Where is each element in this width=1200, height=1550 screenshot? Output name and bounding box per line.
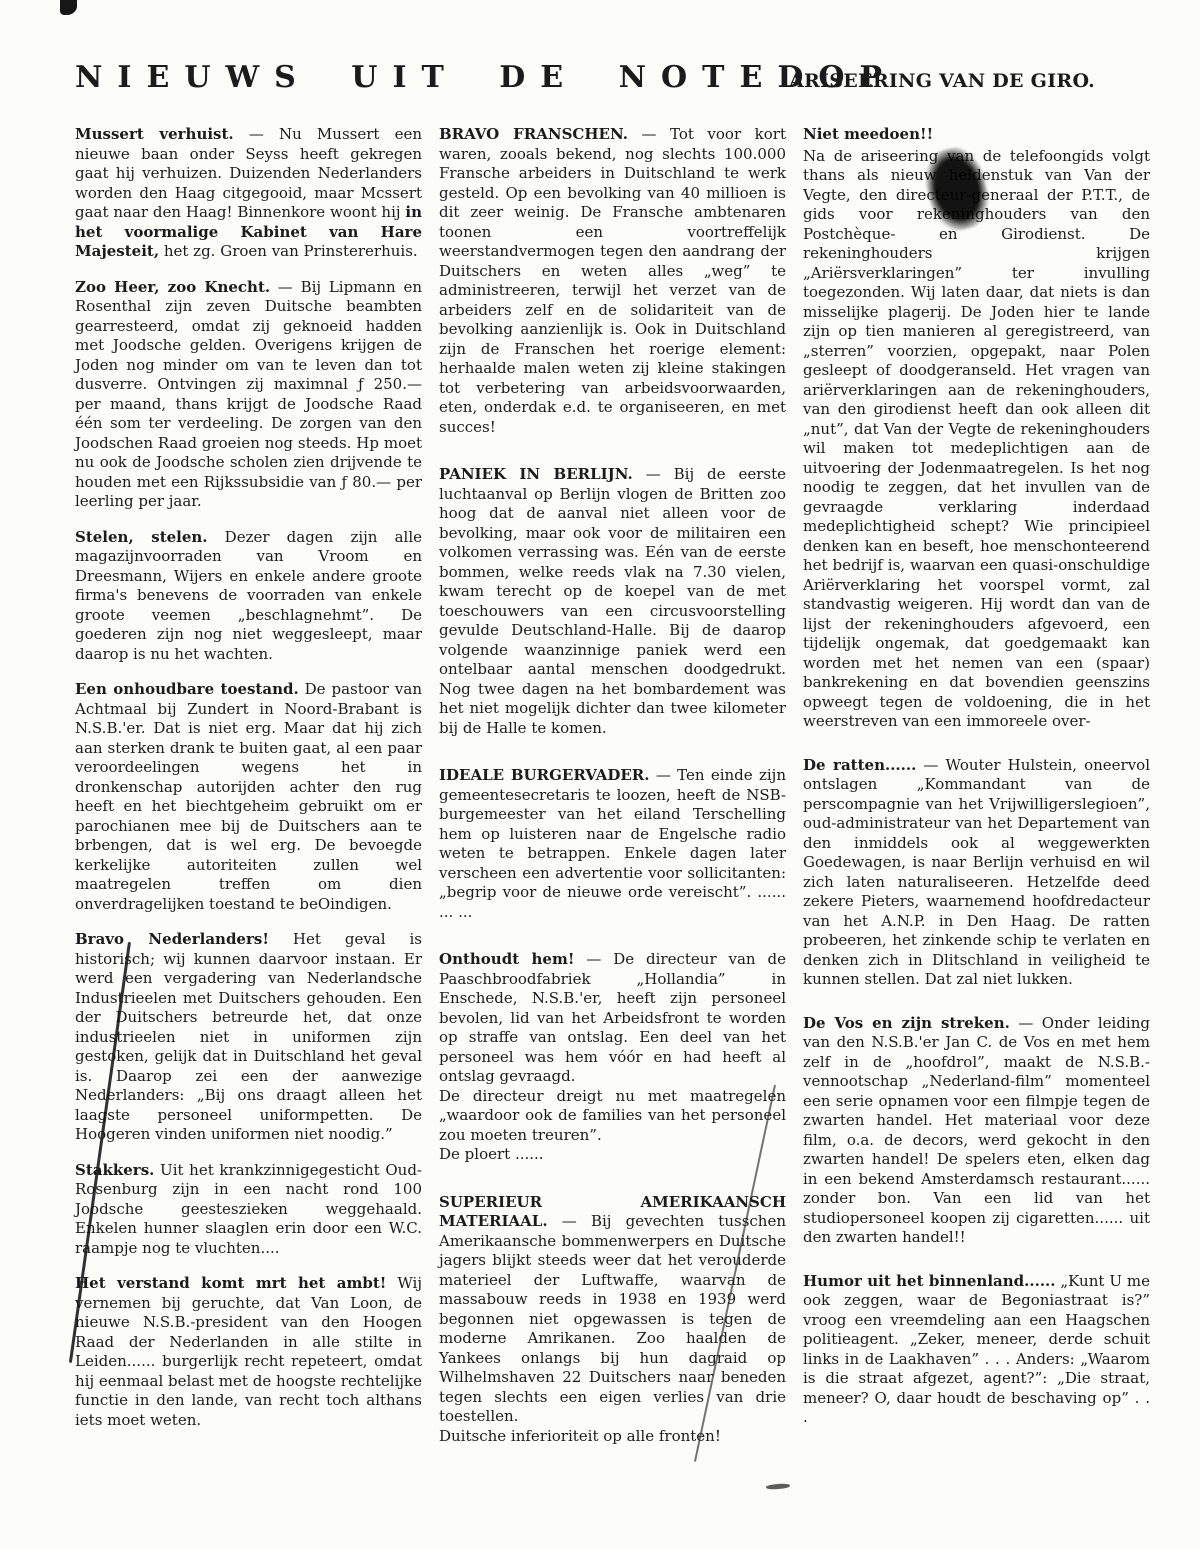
article-superieur-closing: Duitsche inferioriteit op alle fronten! bbox=[439, 1427, 786, 1447]
giro-subhead: Niet meedoen!! bbox=[803, 125, 1150, 145]
column-layout: Mussert verhuist. — Nu Mussert een nieuw… bbox=[75, 125, 1142, 1452]
article-lead: Een onhoudbare toestand. bbox=[75, 680, 299, 698]
article-onthoudt-hem-cont: De directeur dreigt nu met maatregelen „… bbox=[439, 1087, 786, 1146]
article-ideale-burgervader: IDEALE BURGERVADER. — Ten einde zijn gem… bbox=[439, 766, 786, 922]
masthead-row: NIEUWS UIT DE NOTEDOP ARISEERING VAN DE … bbox=[75, 60, 1142, 95]
article-body: — De directeur van de Paaschbroodfabriek… bbox=[439, 950, 786, 1085]
article-superieur-materiaal: SUPERIEUR AMERIKAANSCH MATERIAAL. — Bij … bbox=[439, 1193, 786, 1427]
article-body: — Wouter Hulstein, oneervol ontslagen „K… bbox=[803, 756, 1150, 989]
newspaper-page: NIEUWS UIT DE NOTEDOP ARISEERING VAN DE … bbox=[0, 0, 1200, 1550]
article-lead: BRAVO FRANSCHEN. bbox=[439, 125, 628, 143]
article-lead: Het verstand komt mrt het ambt! bbox=[75, 1274, 386, 1292]
article-humor-binnenland: Humor uit het binnenland...... „Kunt U m… bbox=[803, 1272, 1150, 1428]
giro-article-heading: ARISEERING VAN DE GIRO. bbox=[789, 70, 1095, 92]
article-lead: IDEALE BURGERVADER. bbox=[439, 766, 650, 784]
article-mussert-verhuist: Mussert verhuist. — Nu Mussert een nieuw… bbox=[75, 125, 422, 262]
article-lead: Humor uit het binnenland...... bbox=[803, 1272, 1055, 1290]
article-onhoudbare-toestand: Een onhoudbare toestand. De pastoor van … bbox=[75, 680, 422, 914]
article-body: De directeur dreigt nu met maatregelen „… bbox=[439, 1087, 786, 1144]
article-bravo-franschen: BRAVO FRANSCHEN. — Tot voor kort waren, … bbox=[439, 125, 786, 437]
article-lead: Onthoudt hem! bbox=[439, 950, 574, 968]
article-giro-body: Na de ariseering van de telefoongids vol… bbox=[803, 147, 1150, 732]
masthead-title: NIEUWS UIT DE NOTEDOP bbox=[75, 60, 789, 95]
article-stelen-stelen: Stelen, stelen. Dezer dagen zijn alle ma… bbox=[75, 528, 422, 665]
article-body: De pastoor van Achtmaal bij Zundert in N… bbox=[75, 680, 422, 913]
scan-bottom-mark bbox=[766, 1483, 790, 1490]
article-body: — Ten einde zijn gemeentesecretaris te l… bbox=[439, 766, 786, 921]
column-3: Niet meedoen!! Na de ariseering van de t… bbox=[803, 125, 1150, 1452]
column-1: Mussert verhuist. — Nu Mussert een nieuw… bbox=[75, 125, 422, 1452]
article-body: — Onder leiding van den N.S.B.'er Jan C.… bbox=[803, 1014, 1150, 1247]
article-lead: Stelen, stelen. bbox=[75, 528, 208, 546]
article-paniek-in-berlijn: PANIEK IN BERLIJN. — Bij de eerste lucht… bbox=[439, 465, 786, 738]
article-body: „Kunt U me ook zeggen, waar de Begoniast… bbox=[803, 1272, 1150, 1427]
article-zoo-heer-zoo-knecht: Zoo Heer, zoo Knecht. — Bij Lipmann en R… bbox=[75, 278, 422, 512]
article-onthoudt-hem: Onthoudt hem! — De directeur van de Paas… bbox=[439, 950, 786, 1087]
article-lead: Zoo Heer, zoo Knecht. bbox=[75, 278, 270, 296]
article-body: Dezer dagen zijn alle magazijnvoorraden … bbox=[75, 528, 422, 663]
article-lead: Stakkers. bbox=[75, 1161, 154, 1179]
article-lead: De Vos en zijn streken. bbox=[803, 1014, 1010, 1032]
article-de-ratten: De ratten...... — Wouter Hulstein, oneer… bbox=[803, 756, 1150, 990]
article-body: — Bij Lipmann en Rosenthal zijn zeven Du… bbox=[75, 278, 422, 511]
article-lead: De ratten...... bbox=[803, 756, 916, 774]
scan-corner-mark bbox=[60, 0, 77, 15]
article-stakkers: Stakkers. Uit het krankzinnigegesticht O… bbox=[75, 1161, 422, 1259]
article-verstand-ambt: Het verstand komt mrt het ambt! Wij vern… bbox=[75, 1274, 422, 1430]
column-2: BRAVO FRANSCHEN. — Tot voor kort waren, … bbox=[439, 125, 786, 1452]
article-body: Wij vernemen bij geruchte, dat Van Loon,… bbox=[75, 1274, 422, 1429]
article-body: — Bij gevechten tusschen Amerikaansche b… bbox=[439, 1212, 786, 1425]
article-onthoudt-hem-closing: De ploert ...... bbox=[439, 1145, 786, 1165]
article-lead: Mussert verhuist. bbox=[75, 125, 234, 143]
article-de-vos-streken: De Vos en zijn streken. — Onder leiding … bbox=[803, 1014, 1150, 1248]
article-body: Duitsche inferioriteit op alle fronten! bbox=[439, 1427, 721, 1445]
article-body: het zg. Groen van Prinstererhuis. bbox=[164, 242, 418, 260]
article-body: Na de ariseering van de telefoongids vol… bbox=[803, 147, 1150, 731]
article-body: — Tot voor kort waren, zooals bekend, no… bbox=[439, 125, 786, 436]
article-lead: Bravo Nederlanders! bbox=[75, 930, 269, 948]
article-body: — Bij de eerste luchtaanval op Berlijn v… bbox=[439, 465, 786, 737]
article-body: De ploert ...... bbox=[439, 1145, 544, 1163]
article-lead: PANIEK IN BERLIJN. bbox=[439, 465, 633, 483]
